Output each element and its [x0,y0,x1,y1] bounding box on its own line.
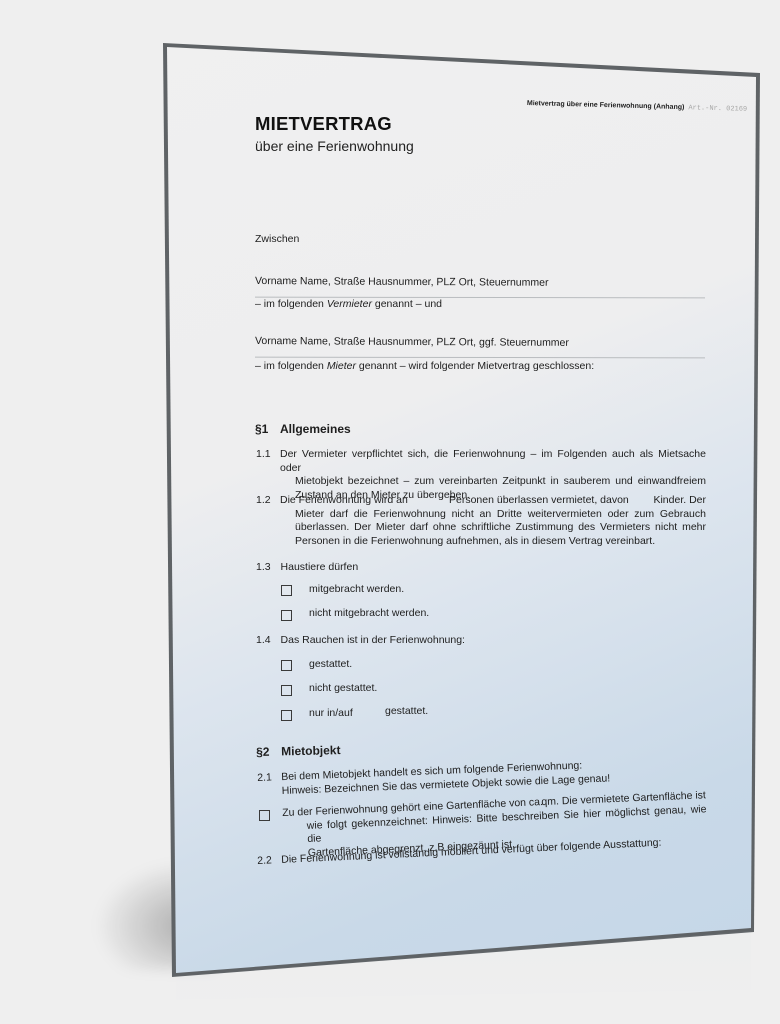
landlord-term: Vermieter [327,298,372,310]
clause-1-3: 1.3 Haustiere dürfen [256,561,358,573]
clause-1-2: 1.2 Die Ferienwohnung wird an Personen ü… [256,494,706,548]
tenant-line [255,357,705,359]
document-content: Mietvertrag über eine Ferienwohnung (Anh… [0,0,780,1024]
smoking-partial-label-suffix: gestattet. [385,705,428,717]
tenant-term: Mieter [327,360,356,372]
between-label: Zwischen [255,233,299,245]
header-reference-title: Mietvertrag über eine Ferienwohnung (Anh… [527,100,685,111]
smoking-partial-checkbox[interactable] [281,710,292,721]
clause-1-4: 1.4 Das Rauchen ist in der Ferienwohnung… [256,634,465,646]
landlord-role: – im folgenden Vermieter genannt – und [255,298,442,310]
document-title: MIETVERTRAG [255,113,392,135]
section-1-heading: §1Allgemeines [255,422,351,436]
pets-not-allowed-label: nicht mitgebracht werden. [309,607,429,619]
article-number: Art.-Nr. 02169 [688,104,747,114]
header-reference: Mietvertrag über eine Ferienwohnung (Anh… [527,100,747,114]
smoking-partial-label-prefix: nur in/auf [309,707,353,719]
pets-allowed-checkbox[interactable] [281,585,292,596]
landlord-fields[interactable]: Vorname Name, Straße Hausnummer, PLZ Ort… [255,275,549,289]
pets-not-allowed-checkbox[interactable] [281,610,292,621]
document-subtitle: über eine Ferienwohnung [255,138,414,154]
smoking-allowed-label: gestattet. [309,658,352,670]
tenant-fields[interactable]: Vorname Name, Straße Hausnummer, PLZ Ort… [255,335,569,349]
smoking-not-allowed-checkbox[interactable] [281,685,292,696]
pets-allowed-label: mitgebracht werden. [309,583,404,595]
tenant-role: – im folgenden Mieter genannt – wird fol… [255,360,594,372]
smoking-allowed-checkbox[interactable] [281,660,292,671]
smoking-not-allowed-label: nicht gestattet. [309,682,377,694]
section-2-heading: §2Mietobjekt [256,743,341,759]
